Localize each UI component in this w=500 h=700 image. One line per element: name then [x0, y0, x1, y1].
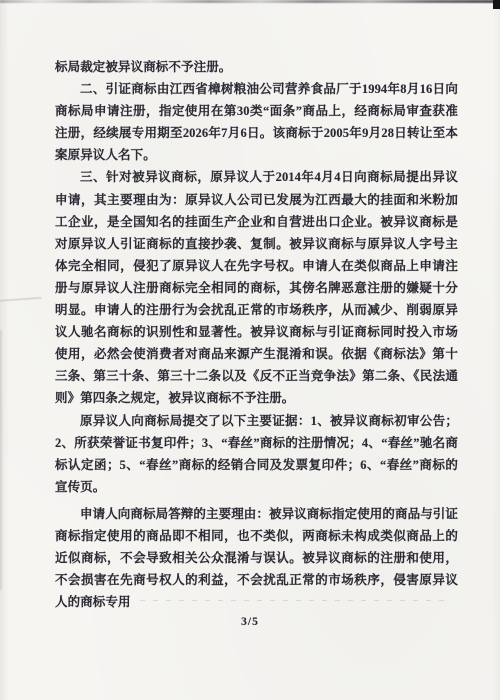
paragraph-cited-trademark-history: 二、引证商标由江西省樟树粮油公司营养食品厂于1994年8月16日向商标局申请注册…	[55, 78, 458, 166]
scanned-document-page: 标局裁定被异议商标不予注册。 二、引证商标由江西省樟树粮油公司营养食品厂于199…	[0, 0, 500, 700]
paragraph-evidence-list: 原异议人向商标局提交了以下主要证据：1、被异议商标初审公告；2、所获荣誉证书复印…	[55, 410, 458, 498]
document-body: 标局裁定被异议商标不予注册。 二、引证商标由江西省樟树粮油公司营养食品厂于199…	[55, 56, 458, 613]
page-number: 3/5	[0, 616, 500, 628]
paragraph-continuation: 标局裁定被异议商标不予注册。	[55, 56, 458, 78]
scan-artifact-corner-mark	[493, 0, 500, 9]
scan-artifact-top-edge	[0, 0, 500, 3]
paragraph-opposition-grounds: 三、针对被异议商标，原异议人于2014年4月4日向商标局提出异议申请，其主要理由…	[55, 166, 458, 409]
scan-artifact-left-edge-band	[0, 330, 2, 590]
paragraph-applicant-defense: 申请人向商标局答辩的主要理由：被异议商标指定使用的商品与引证商标指定使用的商品即…	[55, 503, 458, 613]
scan-artifact-left-crease	[0, 297, 42, 311]
